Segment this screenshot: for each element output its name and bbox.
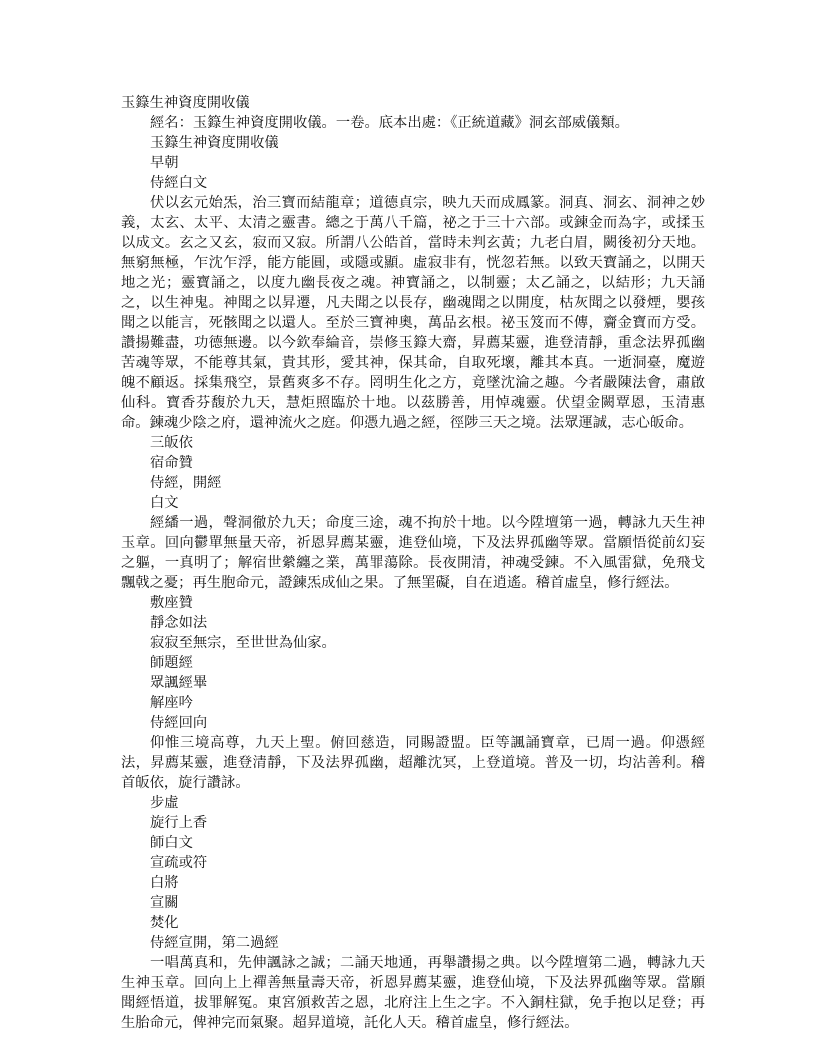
section-heading: 師白文 bbox=[121, 833, 705, 853]
body-paragraph: 一唱萬真和，先伸諷詠之誠；二誦天地通，再舉讚揚之典。以今陞壇第二過，轉詠九天生神… bbox=[121, 953, 705, 1033]
body-paragraph: 經繙一過，聲洞徹於九天；命度三途，魂不拘於十地。以今陞壇第一過，轉詠九天生神玉章… bbox=[121, 513, 705, 593]
section-heading: 寂寂至無宗，至世世為仙家。 bbox=[121, 633, 705, 653]
section-heading: 宣關 bbox=[121, 893, 705, 913]
document-body: 經名：玉籙生神資度開收儀。一卷。底本出處：《正統道藏》洞玄部威儀類。玉籙生神資度… bbox=[121, 113, 705, 1033]
body-paragraph: 仰惟三境高尊，九天上聖。俯回慈造，同賜證盟。臣等諷誦寶章，已周一過。仰憑經法，昇… bbox=[121, 733, 705, 793]
section-heading: 靜念如法 bbox=[121, 613, 705, 633]
section-heading: 玉籙生神資度開收儀 bbox=[121, 133, 705, 153]
section-heading: 眾諷經畢 bbox=[121, 673, 705, 693]
document-title: 玉籙生神資度開收儀 bbox=[121, 93, 705, 113]
section-heading: 侍經白文 bbox=[121, 173, 705, 193]
section-heading: 師題經 bbox=[121, 653, 705, 673]
section-heading: 旋行上香 bbox=[121, 813, 705, 833]
section-heading: 步虛 bbox=[121, 793, 705, 813]
section-heading: 敷座贊 bbox=[121, 593, 705, 613]
section-heading: 宿命贊 bbox=[121, 453, 705, 473]
document-page: 玉籙生神資度開收儀 經名：玉籙生神資度開收儀。一卷。底本出處：《正統道藏》洞玄部… bbox=[121, 93, 705, 1033]
section-heading: 侍經，開經 bbox=[121, 473, 705, 493]
body-paragraph: 伏以玄元始炁，治三寶而結龍章；道德貞宗，映九天而成鳳篆。洞真、洞玄、洞神之妙義，… bbox=[121, 193, 705, 433]
section-heading: 白將 bbox=[121, 873, 705, 893]
section-heading: 早朝 bbox=[121, 153, 705, 173]
section-heading: 解座吟 bbox=[121, 693, 705, 713]
section-heading: 侍經回向 bbox=[121, 713, 705, 733]
section-heading: 侍經宣開，第二過經 bbox=[121, 933, 705, 953]
section-heading: 宣疏或符 bbox=[121, 853, 705, 873]
section-heading: 白文 bbox=[121, 493, 705, 513]
body-paragraph: 經名：玉籙生神資度開收儀。一卷。底本出處：《正統道藏》洞玄部威儀類。 bbox=[121, 113, 705, 133]
section-heading: 三皈依 bbox=[121, 433, 705, 453]
section-heading: 焚化 bbox=[121, 913, 705, 933]
